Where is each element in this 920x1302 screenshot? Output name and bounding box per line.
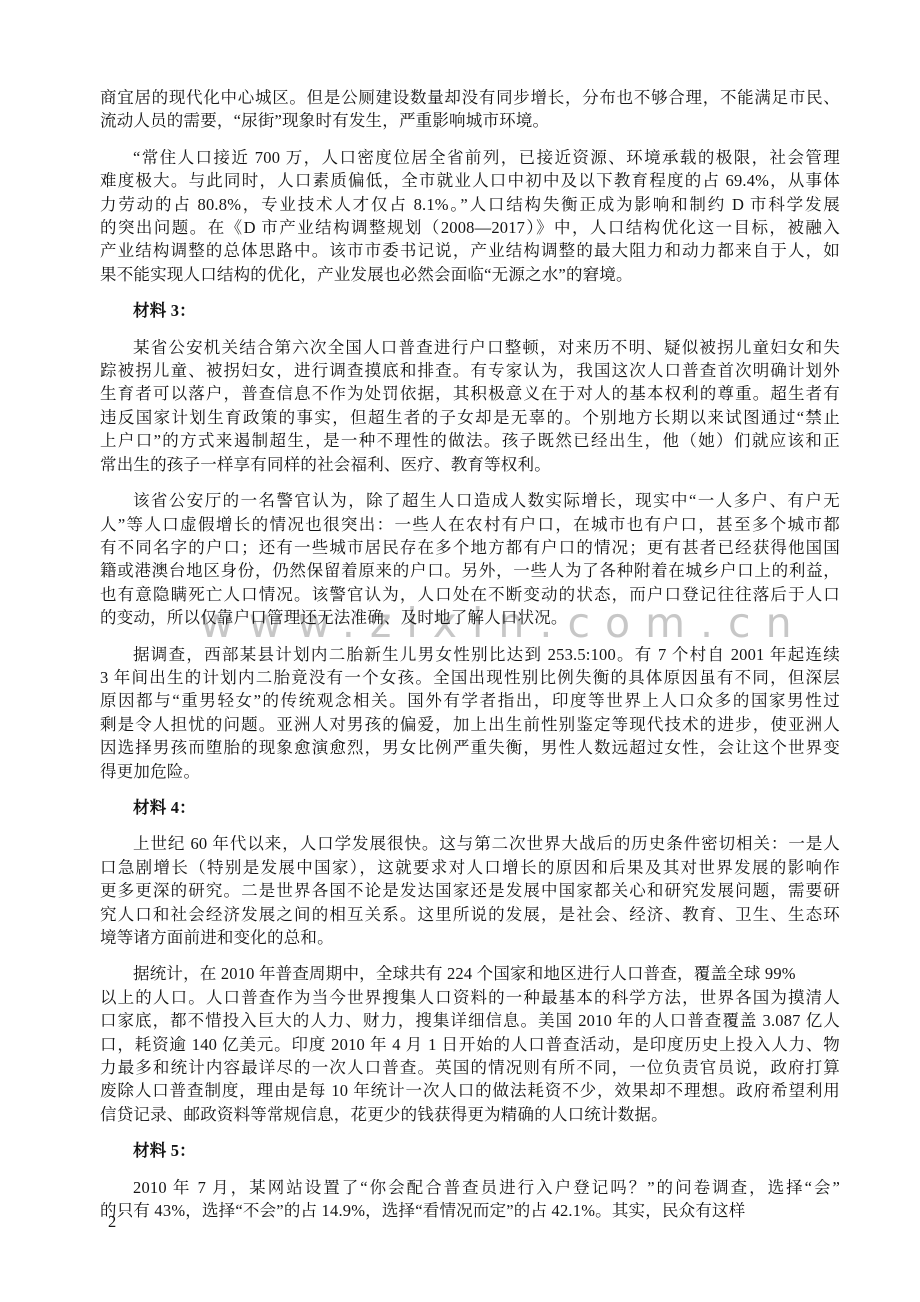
text-line: 口，耗资逾 140 亿美元。印度 2010 年 4 月 1 日开始的人口普查活动… — [100, 1033, 840, 1056]
page-number: 2 — [108, 1210, 116, 1233]
text-line: 难度极大。与此同时，人口素质偏低，全市就业人口中初中及以下教育程度的占 69.4… — [100, 169, 840, 192]
paragraph: 据调查，西部某县计划内二胎新生儿男女性别比达到 253.5:100。有 7 个村… — [100, 643, 840, 783]
text-line: 有不同名字的户口；还有一些城市居民存在多个地方都有户口的情况；更有甚者已经获得他… — [100, 536, 840, 559]
text-line: “常住人口接近 700 万，人口密度位居全省前列，已接近资源、环境承载的极限，社… — [100, 146, 840, 169]
document-page: www.zixin.com.cn 商宜居的现代化中心城区。但是公厕建设数量却没有… — [0, 0, 920, 1302]
text-line: 3 年间出生的计划内二胎竟没有一个女孩。全国出现性别比例失衡的具体原因虽有不同，… — [100, 666, 840, 689]
material-heading: 材料 3： — [100, 299, 840, 322]
paragraph: 该省公安厅的一名警官认为，除了超生人口造成人数实际增长，现实中“一人多户、有户无… — [100, 489, 840, 629]
text-line: 上户口”的方式来遏制超生，是一种不理性的做法。孩子既然已经出生，他（她）们就应该… — [100, 429, 840, 452]
material-heading: 材料 4： — [100, 796, 840, 819]
text-line: 的变动，所以仅靠户口管理还无法准确、及时地了解人口状况。 — [100, 606, 840, 629]
text-line: 境等诸方面前进和变化的总和。 — [100, 926, 840, 949]
paragraph: 上世纪 60 年代以来，人口学发展很快。这与第二次世界大战后的历史条件密切相关：… — [100, 832, 840, 949]
text-line: 据统计，在 2010 年普查周期中，全球共有 224 个国家和地区进行人口普查，… — [100, 962, 840, 985]
document-body: 商宜居的现代化中心城区。但是公厕建设数量却没有同步增长，分布也不够合理，不能满足… — [100, 86, 840, 1235]
text-line: 以上的人口。人口普查作为当今世界搜集人口资料的一种最基本的科学方法，世界各国为摸… — [100, 986, 840, 1009]
paragraph: “常住人口接近 700 万，人口密度位居全省前列，已接近资源、环境承载的极限，社… — [100, 146, 840, 286]
text-line: 流动人员的需要，“尿街”现象时有发生，严重影响城市环境。 — [100, 109, 840, 132]
text-line: 2010 年 7 月，某网站设置了“你会配合普查员进行入户登记吗？”的问卷调查，… — [100, 1176, 840, 1199]
text-line: 果不能实现人口结构的优化，产业发展也必然会面临“无源之水”的窘境。 — [100, 263, 840, 286]
paragraph: 商宜居的现代化中心城区。但是公厕建设数量却没有同步增长，分布也不够合理，不能满足… — [100, 86, 840, 133]
text-line: 产业结构调整的总体思路中。该市市委书记说，产业结构调整的最大阻力和动力都来自于人… — [100, 239, 840, 262]
text-line: 材料 5： — [100, 1139, 840, 1162]
material-heading: 材料 5： — [100, 1139, 840, 1162]
text-line: 材料 3： — [100, 299, 840, 322]
text-line: 信贷记录、邮政资料等常规信息，花更少的钱获得更为精确的人口统计数据。 — [100, 1103, 840, 1126]
text-line: 的只有 43%，选择“不会”的占 14.9%，选择“看情况而定”的占 42.1%… — [100, 1199, 840, 1222]
text-line: 更多更深的研究。二是世界各国不论是发达国家还是发展中国家都关心和研究发展问题，需… — [100, 879, 840, 902]
text-line: 上世纪 60 年代以来，人口学发展很快。这与第二次世界大战后的历史条件密切相关：… — [100, 832, 840, 855]
text-line: 剩是令人担忧的问题。亚洲人对男孩的偏爱，加上出生前性别鉴定等现代技术的进步，使亚… — [100, 713, 840, 736]
text-line: 据调查，西部某县计划内二胎新生儿男女性别比达到 253.5:100。有 7 个村… — [100, 643, 840, 666]
text-line: 的突出问题。在《D 市产业结构调整规划（2008—2017）》中，人口结构优化这… — [100, 216, 840, 239]
text-line: 究人口和社会经济发展之间的相互关系。这里所说的发展，是社会、经济、教育、卫生、生… — [100, 903, 840, 926]
text-line: 力最多和统计内容最详尽的一次人口普查。英国的情况则有所不同，一位负责官员说，政府… — [100, 1056, 840, 1079]
text-line: 得更加危险。 — [100, 760, 840, 783]
text-line: 违反国家计划生育政策的事实，但超生者的子女却是无辜的。个别地方长期以来试图通过“… — [100, 406, 840, 429]
paragraph: 2010 年 7 月，某网站设置了“你会配合普查员进行入户登记吗？”的问卷调查，… — [100, 1176, 840, 1223]
text-line: 踪被拐儿童、被拐妇女，进行调查摸底和排查。有专家认为，我国这次人口普查首次明确计… — [100, 359, 840, 382]
text-line: 籍或港澳台地区身份，仍然保留着原来的户口。另外，一些人为了各种附着在城乡户口上的… — [100, 559, 840, 582]
paragraph: 据统计，在 2010 年普查周期中，全球共有 224 个国家和地区进行人口普查，… — [100, 962, 840, 1126]
text-line: 口急剧增长（特别是发展中国家），这就要求对人口增长的原因和后果及其对世界发展的影… — [100, 856, 840, 879]
text-line: 口家底，都不惜投入巨大的人力、财力，搜集详细信息。美国 2010 年的人口普查覆… — [100, 1009, 840, 1032]
text-line: 商宜居的现代化中心城区。但是公厕建设数量却没有同步增长，分布也不够合理，不能满足… — [100, 86, 840, 109]
text-line: 材料 4： — [100, 796, 840, 819]
text-line: 人”等人口虚假增长的情况也很突出：一些人在农村有户口，在城市也有户口，甚至多个城… — [100, 513, 840, 536]
text-line: 也有意隐瞒死亡人口情况。该警官认为，人口处在不断变动的状态，而户口登记往往落后于… — [100, 583, 840, 606]
text-line: 力劳动的占 80.8%，专业技术人才仅占 8.1%。”人口结构失衡正成为影响和制… — [100, 193, 840, 216]
text-line: 废除人口普查制度，理由是每 10 年统计一次人口的做法耗资不少，效果却不理想。政… — [100, 1079, 840, 1102]
text-line: 某省公安机关结合第六次全国人口普查进行户口整顿，对来历不明、疑似被拐儿童妇女和失 — [100, 336, 840, 359]
paragraph: 某省公安机关结合第六次全国人口普查进行户口整顿，对来历不明、疑似被拐儿童妇女和失… — [100, 336, 840, 476]
text-line: 因选择男孩而堕胎的现象愈演愈烈，男女比例严重失衡，男性人数远超过女性，会让这个世… — [100, 736, 840, 759]
text-line: 原因都与“重男轻女”的传统观念相关。国外有学者指出，印度等世界上人口众多的国家男… — [100, 689, 840, 712]
text-line: 该省公安厅的一名警官认为，除了超生人口造成人数实际增长，现实中“一人多户、有户无 — [100, 489, 840, 512]
text-line: 生育者可以落户，普查信息不作为处罚依据，其积极意义在于对人的基本权利的尊重。超生… — [100, 382, 840, 405]
text-line: 常出生的孩子一样享有同样的社会福利、医疗、教育等权利。 — [100, 453, 840, 476]
